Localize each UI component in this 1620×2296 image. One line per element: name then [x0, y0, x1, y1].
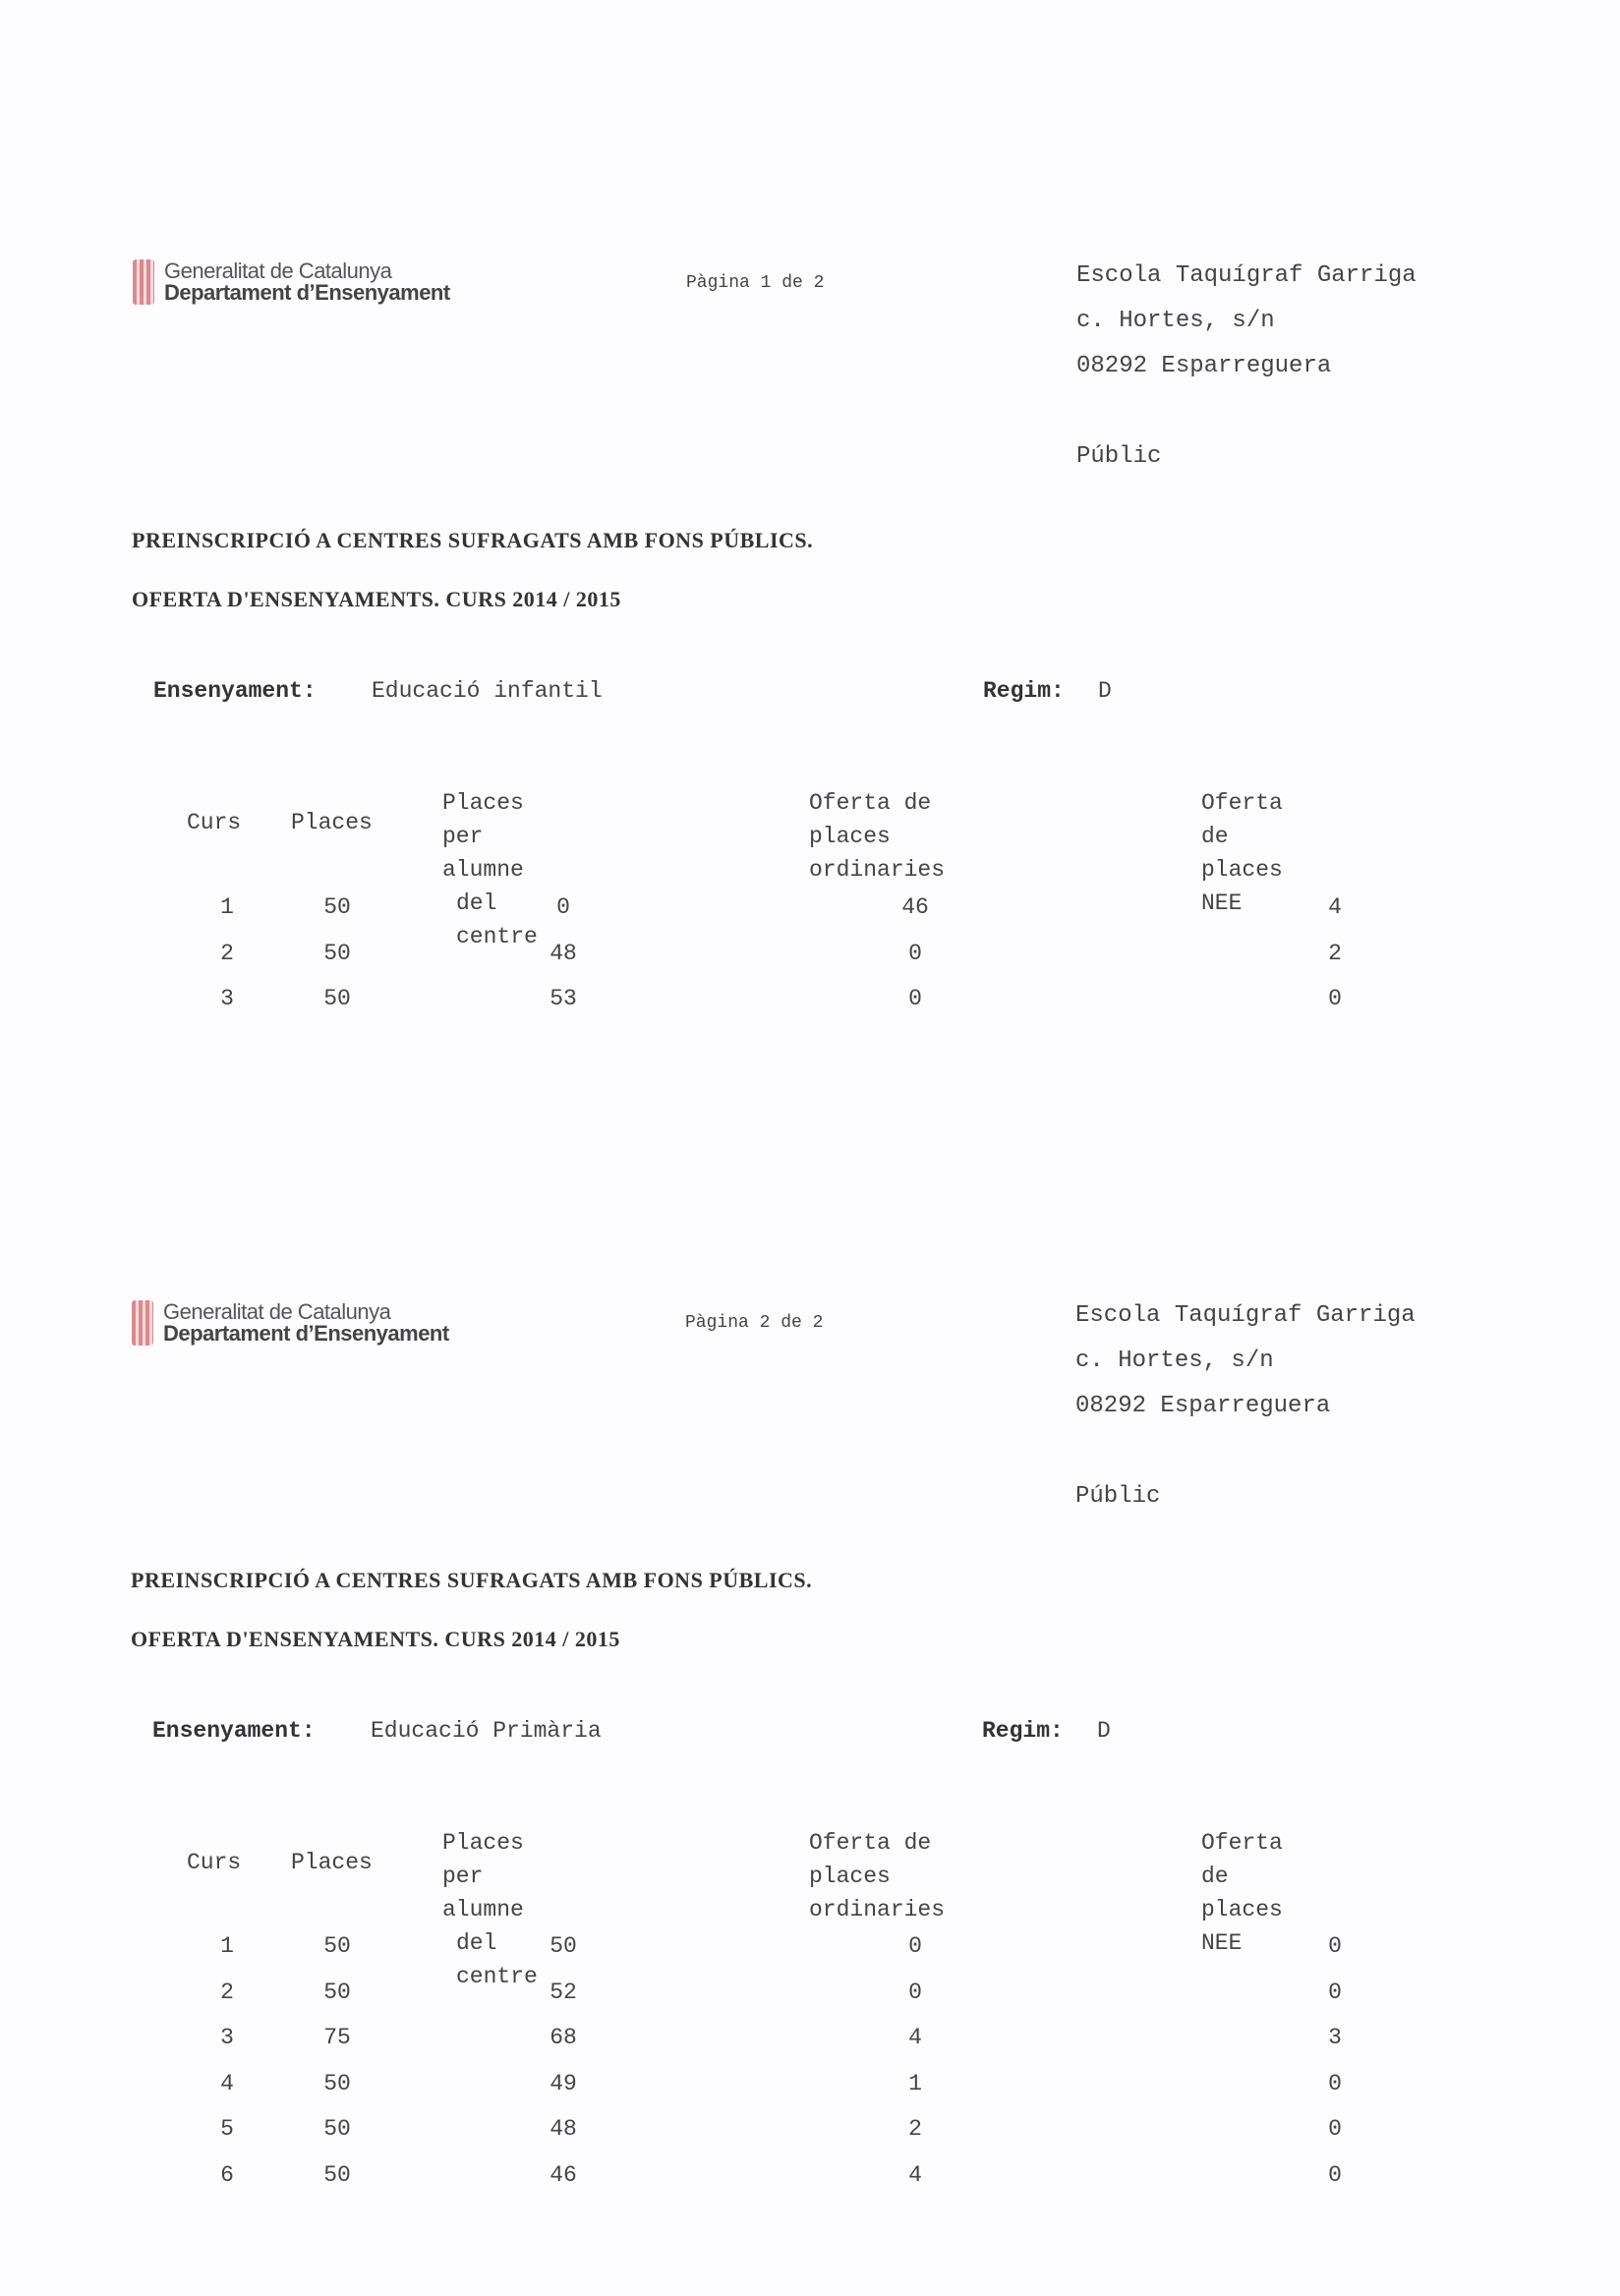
table-cell: 0: [876, 1933, 955, 1959]
table-cell: 0: [876, 986, 955, 1011]
table-cell: 2: [876, 2116, 955, 2142]
table-cell: 4: [188, 2071, 266, 2096]
table-cell: 3: [188, 986, 266, 1011]
column-header: Places: [291, 806, 373, 839]
logo: Generalitat de Catalunya Departament d’E…: [133, 259, 450, 305]
table-cell: 50: [298, 894, 376, 920]
table-cell: 4: [876, 2025, 955, 2050]
column-header: Oferta de placesNEE: [1201, 786, 1283, 920]
school-address: Escola Taquígraf Garriga c. Hortes, s/n …: [1075, 1293, 1416, 1520]
school-name: Escola Taquígraf Garriga: [1076, 254, 1417, 299]
catalan-emblem-icon: [133, 259, 154, 305]
table-cell: 0: [1296, 2071, 1374, 2096]
school-city: 08292 Esparreguera: [1076, 344, 1417, 389]
school-street: c. Hortes, s/n: [1075, 1339, 1416, 1384]
table-cell: 53: [524, 986, 603, 1011]
logo-line1: Generalitat de Catalunya: [163, 1301, 449, 1323]
table-cell: 48: [524, 941, 603, 966]
regim-label: Regim:: [983, 678, 1065, 704]
table-cell: 50: [298, 941, 376, 966]
table-cell: 50: [298, 986, 376, 1011]
table-cell: 0: [1296, 2162, 1374, 2188]
school-city: 08292 Esparreguera: [1075, 1384, 1416, 1429]
school-name: Escola Taquígraf Garriga: [1075, 1293, 1416, 1339]
catalan-emblem-icon: [132, 1300, 153, 1346]
ensenyament-value: Educació infantil: [372, 678, 603, 704]
table-cell: 0: [1296, 1980, 1374, 2005]
table-cell: 2: [188, 1980, 266, 2005]
page-number: Pàgina 1 de 2: [686, 273, 824, 293]
ensenyament-label: Ensenyament:: [153, 678, 317, 704]
table-cell: 46: [876, 894, 955, 920]
doc-title-1: PREINSCRIPCIÓ A CENTRES SUFRAGATS AMB FO…: [131, 1568, 812, 1593]
table-cell: 50: [298, 2071, 376, 2096]
column-header: Places: [291, 1846, 373, 1879]
table-cell: 50: [298, 2116, 376, 2142]
table-cell: 6: [188, 2162, 266, 2188]
table-cell: 68: [524, 2025, 603, 2050]
regim-label: Regim:: [982, 1718, 1064, 1744]
table-cell: 0: [524, 894, 603, 920]
school-address: Escola Taquígraf Garriga c. Hortes, s/n …: [1076, 254, 1417, 480]
table-cell: 4: [1296, 894, 1374, 920]
table-cell: 0: [1296, 986, 1374, 1011]
table-cell: 50: [298, 2162, 376, 2188]
column-header: Curs: [187, 806, 241, 839]
table-cell: 75: [298, 2025, 376, 2050]
school-type: Públic: [1076, 434, 1417, 480]
table-cell: 1: [876, 2071, 955, 2096]
column-header: Curs: [187, 1846, 241, 1879]
table-cell: 0: [876, 941, 955, 966]
table-cell: 52: [524, 1980, 603, 2005]
ensenyament-label: Ensenyament:: [152, 1718, 316, 1744]
table-cell: 2: [1296, 941, 1374, 966]
table-cell: 1: [188, 1933, 266, 1959]
column-header: Oferta de placesordinaries: [809, 1826, 945, 1926]
table-cell: 46: [524, 2162, 603, 2188]
logo-line2: Departament d’Ensenyament: [163, 1323, 449, 1345]
table-cell: 5: [188, 2116, 266, 2142]
column-header: Places per alumnedel centre: [442, 786, 538, 953]
doc-title-2: OFERTA D'ENSENYAMENTS. CURS 2014 / 2015: [131, 1627, 620, 1652]
page-number: Pàgina 2 de 2: [685, 1313, 823, 1333]
column-header: Oferta de placesordinaries: [809, 786, 945, 887]
table-cell: 50: [524, 1933, 603, 1959]
regim-value: D: [1098, 678, 1112, 704]
column-header: Oferta de placesNEE: [1201, 1826, 1283, 1960]
table-cell: 3: [1296, 2025, 1374, 2050]
table-cell: 49: [524, 2071, 603, 2096]
table-cell: 3: [188, 2025, 266, 2050]
table-cell: 0: [1296, 1933, 1374, 1959]
table-cell: 4: [876, 2162, 955, 2188]
table-cell: 50: [298, 1980, 376, 2005]
table-cell: 0: [1296, 2116, 1374, 2142]
table-cell: 48: [524, 2116, 603, 2142]
school-type: Públic: [1075, 1474, 1416, 1520]
school-street: c. Hortes, s/n: [1076, 299, 1417, 344]
logo-line1: Generalitat de Catalunya: [164, 260, 450, 282]
table-cell: 50: [298, 1933, 376, 1959]
ensenyament-value: Educació Primària: [371, 1718, 602, 1744]
table-cell: 2: [188, 941, 266, 966]
doc-title-1: PREINSCRIPCIÓ A CENTRES SUFRAGATS AMB FO…: [132, 528, 813, 553]
regim-value: D: [1097, 1718, 1111, 1744]
doc-title-2: OFERTA D'ENSENYAMENTS. CURS 2014 / 2015: [132, 587, 621, 612]
logo: Generalitat de Catalunya Departament d’E…: [132, 1300, 449, 1346]
logo-line2: Departament d’Ensenyament: [164, 282, 450, 304]
column-header: Places per alumnedel centre: [442, 1826, 538, 1993]
table-cell: 0: [876, 1980, 955, 2005]
table-cell: 1: [188, 894, 266, 920]
